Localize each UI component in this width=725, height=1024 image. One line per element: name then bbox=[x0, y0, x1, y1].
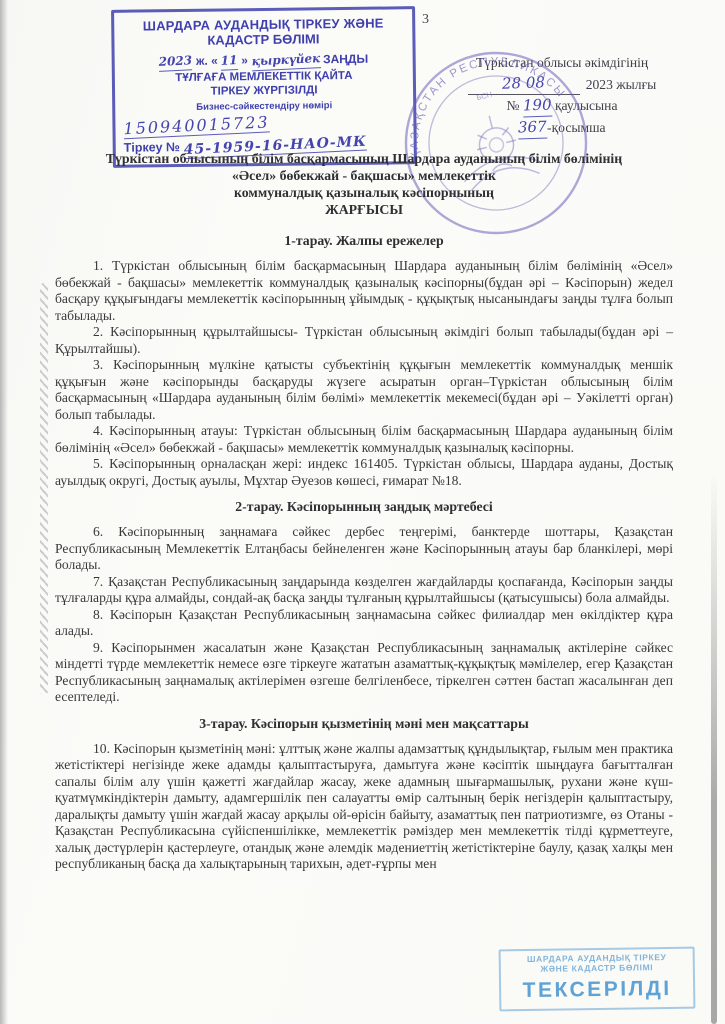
handwritten-day: 11 bbox=[221, 51, 239, 71]
paragraph-5: 5. Кәсіпорынның орналасқан жері: индекс … bbox=[55, 456, 673, 489]
registration-stamp-line5: ТІРКЕУ ЖҮРГІЗІЛДІ bbox=[123, 82, 405, 99]
paragraph-7: 7. Қазақстан Республикасының заңдарында … bbox=[55, 574, 673, 607]
chapter-heading-3: 3-тарау. Кәсіпорын қызметінің мәні мен м… bbox=[55, 715, 673, 732]
title-line-1: Түркістан облысының білім басқармасының … bbox=[55, 150, 673, 167]
scanned-document-page: 3 ШАРДАРА АУДАНДЫҚ ТІРКЕУ ЖӘНЕ КАДАСТР Б… bbox=[0, 0, 725, 1024]
verification-stamp-checked-label: ТЕКСЕРІЛДІ bbox=[501, 976, 693, 1005]
paragraph-6: 6. Кәсіпорынның заңнамаға сәйкес дербес … bbox=[55, 524, 673, 574]
paragraph-3: 3. Кәсіпорынның мүлкіне қатысты субъекті… bbox=[55, 357, 673, 423]
annex-suffix: -қосымша bbox=[547, 120, 606, 135]
handwritten-approval-date: 28 08 bbox=[502, 72, 546, 94]
chapter-heading-1: 1-тарау. Жалпы ережелер bbox=[55, 232, 673, 249]
approval-block: Түркістан облысы әкімдігінің 28 08 2023 … bbox=[418, 52, 706, 139]
binding-thread bbox=[40, 283, 48, 695]
handwritten-annex-number: 367 bbox=[518, 117, 547, 140]
paragraph-4: 4. Кәсіпорынның атауы: Түркістан облысын… bbox=[55, 423, 673, 456]
title-line-3: коммуналдық қазыналық кәсіпорнының bbox=[55, 184, 673, 201]
approval-date-line: 28 08 2023 жылғы bbox=[418, 73, 706, 95]
handwritten-bin-number: 150940015723 bbox=[123, 112, 270, 139]
paragraph-10: 10. Кәсіпорын қызметінің мәні: ұлттық жә… bbox=[55, 741, 673, 873]
resolution-number-label: № bbox=[507, 98, 520, 113]
registration-stamp: ШАРДАРА АУДАНДЫҚ ТІРКЕУ ЖӘНЕ КАДАСТР БӨЛ… bbox=[111, 6, 417, 168]
approval-year: 2023 жылғы bbox=[586, 74, 657, 95]
approval-annex-line: 367-қосымша bbox=[418, 117, 706, 139]
handwritten-resolution-number: 190 bbox=[523, 95, 552, 118]
approval-authority: Түркістан облысы әкімдігінің bbox=[418, 52, 706, 73]
scan-edge-right bbox=[711, 470, 717, 1024]
resolution-suffix: қаулысына bbox=[555, 98, 618, 113]
chapter-heading-2: 2-тарау. Кәсіпорынның заңдық мәртебесі bbox=[55, 498, 673, 515]
date-label-a: ж. « bbox=[196, 54, 218, 68]
title-line-4: ЖАРҒЫСЫ bbox=[55, 201, 673, 218]
paragraph-2: 2. Кәсіпорынның құрылтайшысы- Түркістан … bbox=[55, 324, 673, 357]
approval-resolution-line: № 190 қаулысына bbox=[418, 95, 706, 117]
date-label-c: ЗАҢДЫ bbox=[323, 52, 368, 67]
scan-edge-left bbox=[0, 0, 8, 1024]
title-line-2: «Әсел» бөбекжай - бақшасы» мемлекеттік bbox=[55, 167, 673, 184]
document-title: Түркістан облысының білім басқармасының … bbox=[55, 150, 673, 218]
verification-stamp-line2: ЖӘНЕ КАДАСТР БӨЛІМІ bbox=[501, 962, 693, 975]
paragraph-9: 9. Кәсіпорынмен жасалатын және Қазақстан… bbox=[55, 640, 673, 706]
handwritten-month: қыркүйек bbox=[251, 49, 320, 71]
paragraph-8: 8. Кәсіпорын Қазақстан Республикасының з… bbox=[55, 607, 673, 640]
registration-stamp-dateline: 2023 ж. « 11 » қыркүйек ЗАҢДЫ bbox=[123, 49, 405, 71]
date-label-b: » bbox=[241, 53, 248, 67]
handwritten-year: 2023 bbox=[159, 51, 193, 72]
verification-stamp: ШАРДАРА АУДАНДЫҚ ТІРКЕУ ЖӘНЕ КАДАСТР БӨЛ… bbox=[499, 947, 696, 1012]
document-body: Түркістан облысының білім басқармасының … bbox=[55, 150, 673, 873]
paragraph-1: 1. Түркістан облысының білім басқармасын… bbox=[55, 258, 673, 324]
page-number: 3 bbox=[422, 12, 429, 28]
